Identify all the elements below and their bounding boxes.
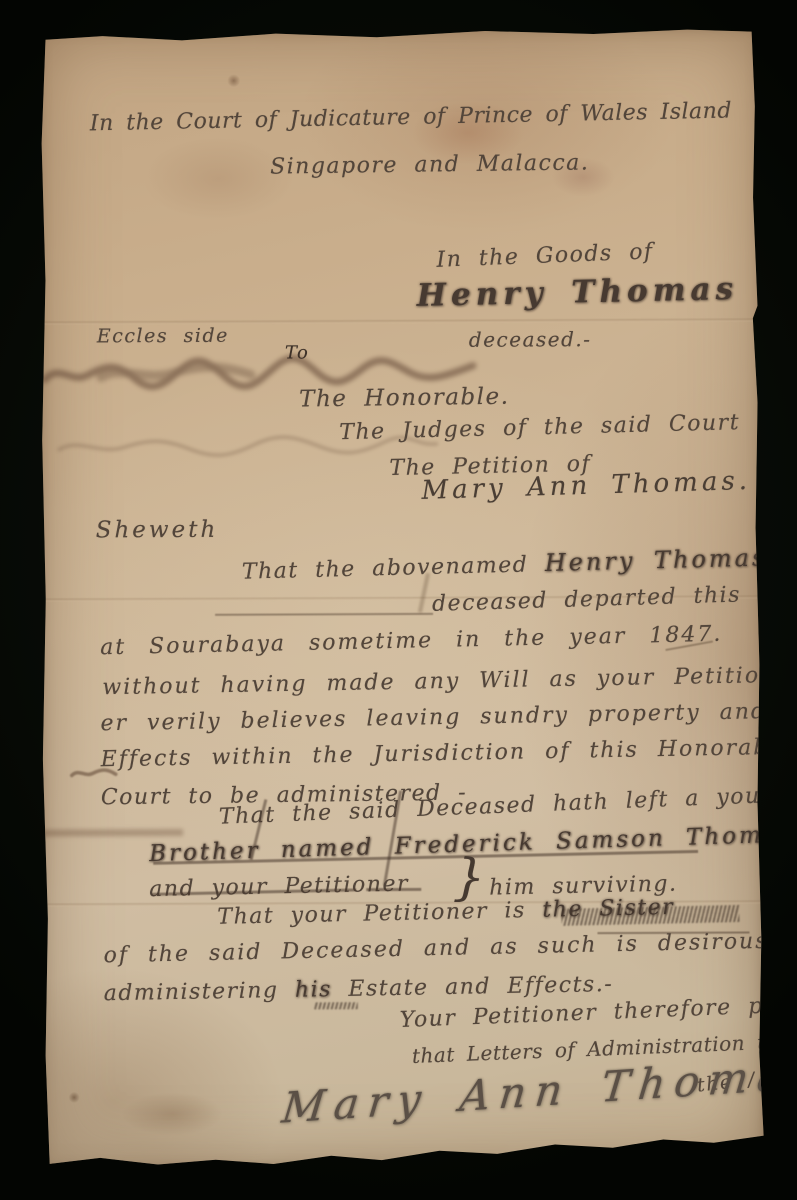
goods-clause-intro: In the Goods of: [436, 239, 654, 273]
para1-line5: er verily believes leaving sundry proper…: [100, 699, 767, 736]
para1-line6: Effects within the Jurisdiction of this …: [100, 735, 793, 773]
sheweth-label: Sheweth: [96, 517, 219, 544]
scribble-overlay: [314, 1002, 358, 1009]
fold-crease-top: [39, 318, 761, 324]
para3-line3-a: administering: [103, 978, 295, 1007]
pen-brace: }: [452, 848, 487, 907]
para3-line3-his: his: [295, 977, 332, 1003]
para3-line3: administering his Estate and Effects.-: [103, 972, 613, 1006]
document-page: In the Court of Judicature of Prince of …: [38, 26, 765, 1169]
margin-note: Eccles side: [97, 325, 229, 348]
court-heading-line2: Singapore and Malacca.: [270, 150, 590, 179]
para1-line2: deceased departed this life: [432, 581, 797, 617]
deceased-name: Henry Thomas: [416, 271, 738, 314]
deceased-name-inline: Henry Thomas: [544, 543, 767, 577]
photo-background: In the Court of Judicature of Prince of …: [0, 0, 797, 1200]
to-mark: To: [285, 342, 310, 363]
para1-line1: That the abovenamed Henry Thomas: [242, 543, 768, 584]
para1-line4: without having made any Will as your Pet…: [102, 663, 776, 700]
deceased-status: deceased.-: [469, 327, 592, 352]
court-heading-line1: In the Court of Judicature of Prince of …: [90, 98, 732, 136]
scribble-overlay: [561, 905, 739, 926]
para2-line3-struck: and your Petitioner: [149, 871, 409, 902]
pen-dash: [366, 888, 421, 891]
blank-underline: [215, 613, 433, 615]
margin-ink-mark: [69, 764, 121, 782]
margin-smudge: [41, 829, 183, 837]
para3-line3-c: Estate and Effects.-: [332, 972, 614, 1002]
para3-line2: of the said Deceased and as such is desi…: [103, 928, 797, 968]
para1-line1-text: That the abovenamed: [242, 552, 545, 585]
address-honorable: The Honorable.: [299, 384, 510, 413]
address-judges: The Judges of the said Court: [339, 410, 740, 445]
para1-line3: at Sourabaya sometime in the year 1847.: [100, 622, 723, 661]
